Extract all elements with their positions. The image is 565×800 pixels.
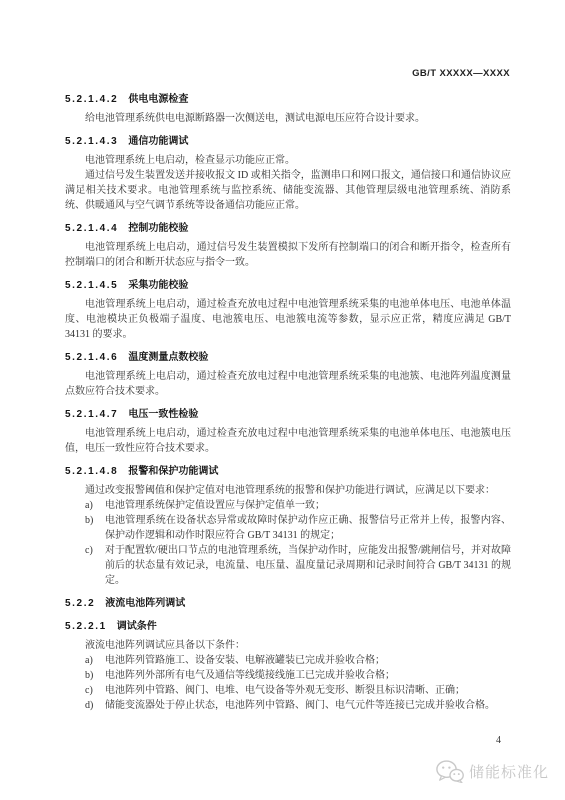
heading-title: 报警和保护功能调试 [128, 466, 218, 477]
list-marker: a) [85, 498, 93, 513]
paragraph: 电池管理系统上电启动，通过检查充放电过程中电池管理系统采集的电池单体电压、电池单… [65, 297, 511, 342]
paragraph: 液流电池阵列调试应具备以下条件： [65, 638, 511, 653]
section-heading: 5.2.1.4.6温度测量点数校验 [65, 350, 511, 365]
heading-title: 采集功能校验 [128, 280, 188, 291]
paragraph: 电池管理系统上电启动，通过信号发生装置模拟下发所有控制端口的闭合和断开指令，检查… [65, 240, 511, 270]
document-page: GB/T XXXXX—XXXX 5.2.1.4.2供电电源检查给电池管理系统供电… [0, 0, 565, 800]
heading-number: 5.2.1.4.5 [65, 280, 118, 291]
list-item-text: 电池阵列管路施工、设备安装、电解液罐装已完成并验收合格； [105, 655, 385, 666]
section-heading: 5.2.2液流电池阵列调试 [65, 596, 511, 611]
list-item: b)电池阵列外部所有电气及通信等线缆接线施工已完成并验收合格； [65, 668, 511, 683]
heading-number: 5.2.1.4.8 [65, 466, 118, 477]
list-item-text: 电池阵列外部所有电气及通信等线缆接线施工已完成并验收合格； [105, 670, 395, 681]
list-item: c)对于配置软/硬出口节点的电池管理系统，当保护动作时，应能发出报警/跳闸信号，… [65, 543, 511, 588]
section-heading: 5.2.1.4.2供电电源检查 [65, 92, 511, 107]
list-item: c)电池阵列中管路、阀门、电堆、电气设备等外观无变形、断裂且标识清晰、正确； [65, 683, 511, 698]
page-number: 4 [496, 735, 501, 746]
list-marker: b) [85, 513, 93, 528]
paragraph: 通过改变报警阈值和保护定值对电池管理系统的报警和保护功能进行调试，应满足以下要求… [65, 483, 511, 498]
doc-code-header: GB/T XXXXX—XXXX [412, 68, 510, 79]
brand-watermark: 储能标准化 [436, 760, 549, 783]
heading-title: 液流电池阵列调试 [105, 598, 185, 609]
paragraph: 电池管理系统上电启动，通过检查充放电过程中电池管理系统采集的电池单体电压、电池簇… [65, 426, 511, 456]
paragraph: 电池管理系统上电启动，检查显示功能应正常。 [65, 153, 511, 168]
list-item-text: 电池管理系统在设备状态异常或故障时保护动作应正确、报警信号正常并上传，报警内容、… [105, 515, 511, 541]
heading-number: 5.2.1.4.3 [65, 136, 118, 147]
list-marker: c) [85, 543, 93, 558]
heading-title: 调试条件 [117, 621, 157, 632]
section-heading: 5.2.2.1调试条件 [65, 619, 511, 634]
list-item-text: 电池管理系统保护定值设置应与保护定值单一致； [105, 500, 325, 511]
heading-number: 5.2.1.4.2 [65, 94, 118, 105]
list-marker: d) [85, 698, 93, 713]
list-marker: b) [85, 668, 93, 683]
wechat-icon [436, 760, 464, 783]
list-item-text: 电池阵列中管路、阀门、电堆、电气设备等外观无变形、断裂且标识清晰、正确； [105, 685, 465, 696]
heading-number: 5.2.2.1 [65, 621, 107, 632]
section-heading: 5.2.1.4.3通信功能调试 [65, 134, 511, 149]
heading-number: 5.2.2 [65, 598, 95, 609]
heading-title: 温度测量点数校验 [128, 352, 208, 363]
heading-title: 供电电源检查 [128, 94, 188, 105]
list-marker: c) [85, 683, 93, 698]
paragraph: 电池管理系统上电启动，通过检查充放电过程中电池管理系统采集的电池簇、电池阵列温度… [65, 369, 511, 399]
list-item-text: 储能变流器处于停止状态，电池阵列中管路、阀门、电气元件等连接已完成并验收合格。 [105, 700, 495, 711]
heading-title: 控制功能校验 [128, 223, 188, 234]
paragraph: 通过信号发生装置发送并接收报文 ID 或相关指令，监测串口和网口报文，通信接口和… [65, 168, 511, 213]
section-heading: 5.2.1.4.5采集功能校验 [65, 278, 511, 293]
heading-title: 电压一致性检验 [128, 409, 198, 420]
heading-number: 5.2.1.4.7 [65, 409, 118, 420]
list-item: a)电池阵列管路施工、设备安装、电解液罐装已完成并验收合格； [65, 653, 511, 668]
document-body: 5.2.1.4.2供电电源检查给电池管理系统供电电源断路器一次侧送电，测试电源电… [65, 84, 511, 713]
section-heading: 5.2.1.4.4控制功能校验 [65, 221, 511, 236]
list-item: b)电池管理系统在设备状态异常或故障时保护动作应正确、报警信号正常并上传，报警内… [65, 513, 511, 543]
section-heading: 5.2.1.4.8报警和保护功能调试 [65, 464, 511, 479]
list-item-text: 对于配置软/硬出口节点的电池管理系统，当保护动作时，应能发出报警/跳闸信号，并对… [105, 545, 511, 586]
heading-number: 5.2.1.4.6 [65, 352, 118, 363]
section-heading: 5.2.1.4.7电压一致性检验 [65, 407, 511, 422]
paragraph: 给电池管理系统供电电源断路器一次侧送电，测试电源电压应符合设计要求。 [65, 111, 511, 126]
list-marker: a) [85, 653, 93, 668]
list-item: a)电池管理系统保护定值设置应与保护定值单一致； [65, 498, 511, 513]
list-item: d)储能变流器处于停止状态，电池阵列中管路、阀门、电气元件等连接已完成并验收合格… [65, 698, 511, 713]
heading-title: 通信功能调试 [128, 136, 188, 147]
brand-name: 储能标准化 [469, 761, 549, 782]
heading-number: 5.2.1.4.4 [65, 223, 118, 234]
